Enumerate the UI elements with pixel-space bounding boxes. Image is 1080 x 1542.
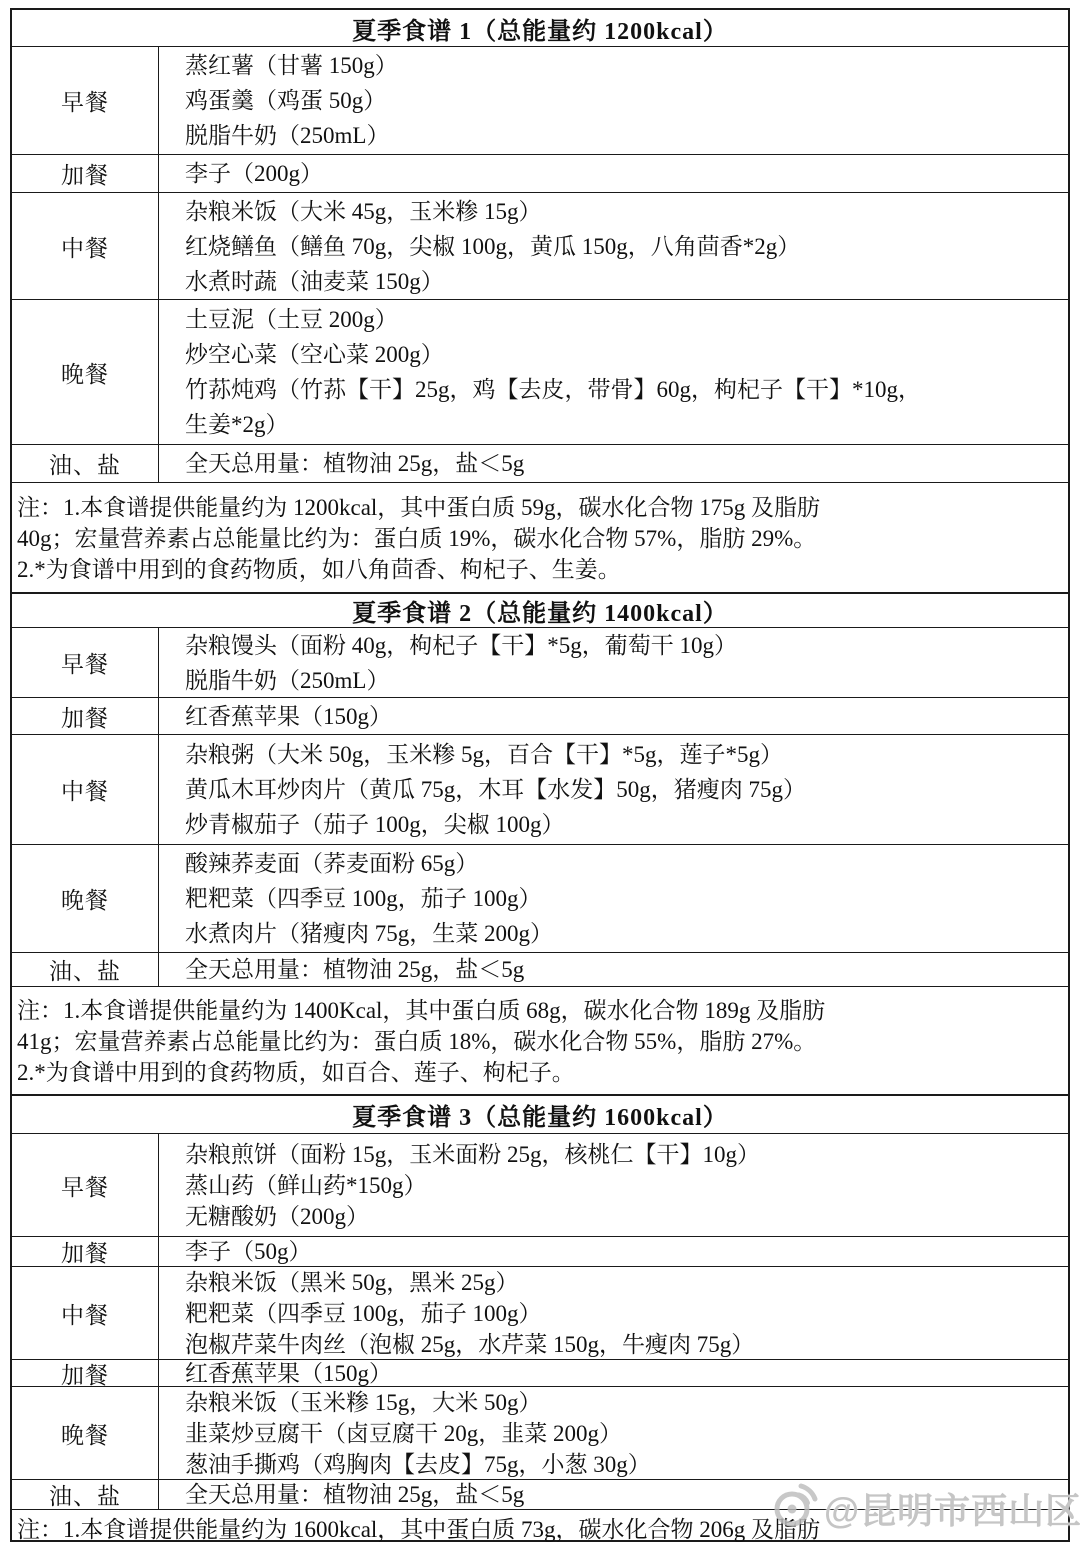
meal-label: 晚餐 <box>12 300 159 444</box>
recipe-table-1: 夏季食谱 1（总能量约 1200kcal） 早餐 蒸红薯（甘薯 150g） 鸡蛋… <box>12 10 1068 592</box>
meal-content: 酸辣荞麦面（荞麦面粉 65g） 粑粑菜（四季豆 100g，茄子 100g） 水煮… <box>159 845 1068 952</box>
meal-line: 泡椒芹菜牛肉丝（泡椒 25g，水芹菜 150g，牛瘦肉 75g） <box>185 1329 1068 1360</box>
table-row-snack: 加餐 红香蕉苹果（150g） <box>12 697 1068 734</box>
meal-line: 黄瓜木耳炒肉片（黄瓜 75g，木耳【水发】50g，猪瘦肉 75g） <box>185 772 1068 807</box>
table-row-snack-2: 加餐 红香蕉苹果（150g） <box>12 1359 1068 1386</box>
meal-label: 晚餐 <box>12 845 159 952</box>
meal-content: 红香蕉苹果（150g） <box>159 698 1068 734</box>
meal-label: 晚餐 <box>12 1387 159 1479</box>
meal-line: 脱脂牛奶（250mL） <box>185 663 1068 698</box>
meal-line: 粑粑菜（四季豆 100g，茄子 100g） <box>185 881 1068 916</box>
note-line: 注：1.本食谱提供能量约为 1600kcal，其中蛋白质 73g，碳水化合物 2… <box>17 1514 1060 1542</box>
meal-line: 韭菜炒豆腐干（卤豆腐干 20g，韭菜 200g） <box>185 1418 1068 1449</box>
meal-label: 中餐 <box>12 735 159 844</box>
meal-line: 李子（200g） <box>185 156 1068 191</box>
note-line: 注：1.本食谱提供能量约为 1400Kcal，其中蛋白质 68g，碳水化合物 1… <box>17 995 1060 1026</box>
note-line: 41g；宏量营养素占总能量比约为：蛋白质 18%，碳水化合物 55%，脂肪 27… <box>17 1026 1060 1057</box>
note-line: 2.*为食谱中用到的食药物质，如八角茴香、枸杞子、生姜。 <box>17 554 1060 585</box>
meal-plan-document: 夏季食谱 1（总能量约 1200kcal） 早餐 蒸红薯（甘薯 150g） 鸡蛋… <box>10 8 1070 1542</box>
meal-content: 土豆泥（土豆 200g） 炒空心菜（空心菜 200g） 竹荪炖鸡（竹荪【干】25… <box>159 300 1068 444</box>
table-row-dinner: 晚餐 杂粮米饭（玉米糁 15g，大米 50g） 韭菜炒豆腐干（卤豆腐干 20g，… <box>12 1386 1068 1479</box>
table-row-snack: 加餐 李子（200g） <box>12 154 1068 192</box>
meal-label: 早餐 <box>12 1134 159 1236</box>
table-title-text: 夏季食谱 2（总能量约 1400kcal） <box>352 593 728 628</box>
meal-line: 水煮时蔬（油麦菜 150g） <box>185 264 1068 299</box>
table-row-breakfast: 早餐 杂粮煎饼（面粉 15g，玉米面粉 25g，核桃仁【干】10g） 蒸山药（鲜… <box>12 1133 1068 1236</box>
meal-content: 杂粮米饭（玉米糁 15g，大米 50g） 韭菜炒豆腐干（卤豆腐干 20g，韭菜 … <box>159 1387 1068 1479</box>
meal-line: 杂粮米饭（黑米 50g，黑米 25g） <box>185 1267 1068 1298</box>
meal-label: 加餐 <box>12 1237 159 1266</box>
meal-line: 竹荪炖鸡（竹荪【干】25g，鸡【去皮，带骨】60g，枸杞子【干】*10g， <box>185 372 1068 407</box>
table-title-text: 夏季食谱 1（总能量约 1200kcal） <box>352 11 728 46</box>
recipe-table-3: 夏季食谱 3（总能量约 1600kcal） 早餐 杂粮煎饼（面粉 15g，玉米面… <box>12 1094 1068 1542</box>
table-row-lunch: 中餐 杂粮米饭（黑米 50g，黑米 25g） 粑粑菜（四季豆 100g，茄子 1… <box>12 1266 1068 1359</box>
meal-content: 杂粮米饭（黑米 50g，黑米 25g） 粑粑菜（四季豆 100g，茄子 100g… <box>159 1267 1068 1359</box>
meal-content: 杂粮米饭（大米 45g，玉米糁 15g） 红烧鳝鱼（鳝鱼 70g，尖椒 100g… <box>159 193 1068 299</box>
table-row-lunch: 中餐 杂粮粥（大米 50g，玉米糁 5g，百合【干】*5g，莲子*5g） 黄瓜木… <box>12 734 1068 844</box>
meal-content: 全天总用量：植物油 25g，盐＜5g <box>159 445 1068 482</box>
meal-line: 全天总用量：植物油 25g，盐＜5g <box>185 952 1068 987</box>
meal-line: 酸辣荞麦面（荞麦面粉 65g） <box>185 846 1068 881</box>
table-row-oil-salt: 油、盐 全天总用量：植物油 25g，盐＜5g <box>12 952 1068 986</box>
meal-line: 炒空心菜（空心菜 200g） <box>185 337 1068 372</box>
meal-line: 杂粮煎饼（面粉 15g，玉米面粉 25g，核桃仁【干】10g） <box>185 1139 1068 1170</box>
meal-label: 油、盐 <box>12 1480 159 1509</box>
meal-content: 蒸红薯（甘薯 150g） 鸡蛋羹（鸡蛋 50g） 脱脂牛奶（250mL） <box>159 47 1068 154</box>
meal-line: 全天总用量：植物油 25g，盐＜5g <box>185 446 1068 481</box>
meal-content: 李子（200g） <box>159 155 1068 192</box>
meal-line: 杂粮米饭（大米 45g，玉米糁 15g） <box>185 194 1068 229</box>
meal-label: 油、盐 <box>12 445 159 482</box>
table-note: 注：1.本食谱提供能量约为 1200kcal，其中蛋白质 59g，碳水化合物 1… <box>12 482 1068 592</box>
meal-content: 红香蕉苹果（150g） <box>159 1360 1068 1386</box>
meal-content: 杂粮煎饼（面粉 15g，玉米面粉 25g，核桃仁【干】10g） 蒸山药（鲜山药*… <box>159 1134 1068 1236</box>
meal-line: 脱脂牛奶（250mL） <box>185 118 1068 153</box>
table-row-oil-salt: 油、盐 全天总用量：植物油 25g，盐＜5g <box>12 444 1068 482</box>
meal-label: 加餐 <box>12 698 159 734</box>
recipe-table-2: 夏季食谱 2（总能量约 1400kcal） 早餐 杂粮馒头（面粉 40g，枸杞子… <box>12 592 1068 1094</box>
meal-label: 中餐 <box>12 1267 159 1359</box>
meal-line: 水煮肉片（猪瘦肉 75g，生菜 200g） <box>185 916 1068 951</box>
note-line: 40g；宏量营养素占总能量比约为：蛋白质 19%，碳水化合物 57%，脂肪 29… <box>17 523 1060 554</box>
meal-line: 葱油手撕鸡（鸡胸肉【去皮】75g，小葱 30g） <box>185 1449 1068 1480</box>
note-line: 2.*为食谱中用到的食药物质，如百合、莲子、枸杞子。 <box>17 1057 1060 1088</box>
table-title-text: 夏季食谱 3（总能量约 1600kcal） <box>352 1097 728 1132</box>
table-note: 注：1.本食谱提供能量约为 1600kcal，其中蛋白质 73g，碳水化合物 2… <box>12 1509 1068 1542</box>
note-line: 注：1.本食谱提供能量约为 1200kcal，其中蛋白质 59g，碳水化合物 1… <box>17 492 1060 523</box>
table-row-breakfast: 早餐 杂粮馒头（面粉 40g，枸杞子【干】*5g，葡萄干 10g） 脱脂牛奶（2… <box>12 627 1068 697</box>
meal-line: 李子（50g） <box>185 1236 1068 1267</box>
meal-content: 全天总用量：植物油 25g，盐＜5g <box>159 953 1068 986</box>
meal-line: 生姜*2g） <box>185 407 1068 442</box>
table-row-breakfast: 早餐 蒸红薯（甘薯 150g） 鸡蛋羹（鸡蛋 50g） 脱脂牛奶（250mL） <box>12 46 1068 154</box>
meal-label: 早餐 <box>12 628 159 697</box>
meal-line: 全天总用量：植物油 25g，盐＜5g <box>185 1479 1068 1510</box>
meal-line: 红烧鳝鱼（鳝鱼 70g，尖椒 100g，黄瓜 150g，八角茴香*2g） <box>185 229 1068 264</box>
meal-line: 杂粮米饭（玉米糁 15g，大米 50g） <box>185 1387 1068 1418</box>
table-row-dinner: 晚餐 土豆泥（土豆 200g） 炒空心菜（空心菜 200g） 竹荪炖鸡（竹荪【干… <box>12 299 1068 444</box>
table-row-snack: 加餐 李子（50g） <box>12 1236 1068 1266</box>
meal-content: 李子（50g） <box>159 1237 1068 1266</box>
meal-label: 加餐 <box>12 1360 159 1386</box>
table-note: 注：1.本食谱提供能量约为 1400Kcal，其中蛋白质 68g，碳水化合物 1… <box>12 986 1068 1094</box>
meal-line: 土豆泥（土豆 200g） <box>185 302 1068 337</box>
meal-label: 早餐 <box>12 47 159 154</box>
meal-line: 蒸红薯（甘薯 150g） <box>185 48 1068 83</box>
table-3-title: 夏季食谱 3（总能量约 1600kcal） <box>12 1096 1068 1133</box>
table-1-title: 夏季食谱 1（总能量约 1200kcal） <box>12 10 1068 46</box>
meal-label: 中餐 <box>12 193 159 299</box>
meal-line: 杂粮馒头（面粉 40g，枸杞子【干】*5g，葡萄干 10g） <box>185 628 1068 663</box>
table-row-lunch: 中餐 杂粮米饭（大米 45g，玉米糁 15g） 红烧鳝鱼（鳝鱼 70g，尖椒 1… <box>12 192 1068 299</box>
meal-line: 鸡蛋羹（鸡蛋 50g） <box>185 83 1068 118</box>
meal-line: 蒸山药（鲜山药*150g） <box>185 1170 1068 1201</box>
meal-label: 加餐 <box>12 155 159 192</box>
meal-line: 红香蕉苹果（150g） <box>185 699 1068 734</box>
meal-line: 炒青椒茄子（茄子 100g，尖椒 100g） <box>185 807 1068 842</box>
table-row-dinner: 晚餐 酸辣荞麦面（荞麦面粉 65g） 粑粑菜（四季豆 100g，茄子 100g）… <box>12 844 1068 952</box>
table-2-title: 夏季食谱 2（总能量约 1400kcal） <box>12 594 1068 627</box>
meal-line: 粑粑菜（四季豆 100g，茄子 100g） <box>185 1298 1068 1329</box>
meal-label: 油、盐 <box>12 953 159 986</box>
meal-line: 无糖酸奶（200g） <box>185 1201 1068 1232</box>
meal-content: 杂粮馒头（面粉 40g，枸杞子【干】*5g，葡萄干 10g） 脱脂牛奶（250m… <box>159 628 1068 697</box>
table-row-oil-salt: 油、盐 全天总用量：植物油 25g，盐＜5g <box>12 1479 1068 1509</box>
meal-line: 红香蕉苹果（150g） <box>185 1358 1068 1389</box>
meal-line: 杂粮粥（大米 50g，玉米糁 5g，百合【干】*5g，莲子*5g） <box>185 737 1068 772</box>
meal-content: 杂粮粥（大米 50g，玉米糁 5g，百合【干】*5g，莲子*5g） 黄瓜木耳炒肉… <box>159 735 1068 844</box>
meal-content: 全天总用量：植物油 25g，盐＜5g <box>159 1480 1068 1509</box>
